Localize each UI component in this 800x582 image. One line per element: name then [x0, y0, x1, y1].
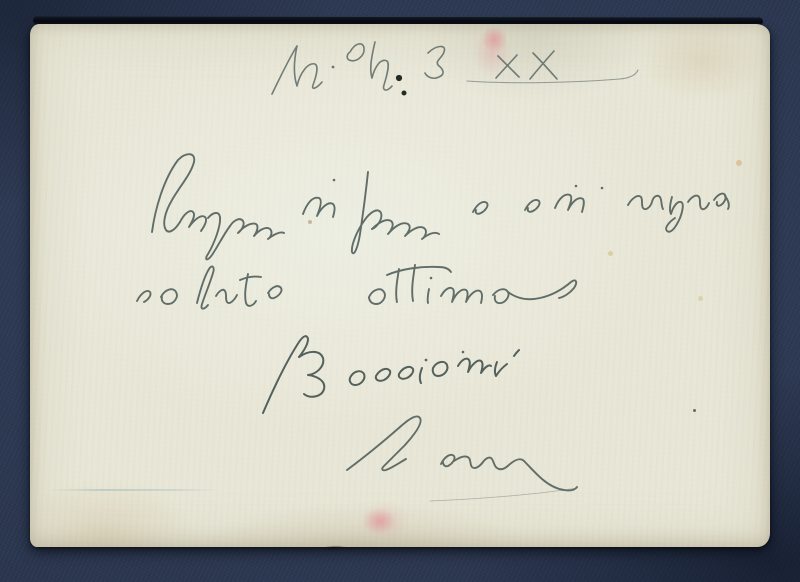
paper-speck [698, 296, 703, 301]
paper-speck [736, 160, 742, 166]
paper-speck [608, 251, 613, 256]
photo-mount: 16. Ph 4: 3 xx Sempre vi penso e vi augu… [0, 0, 800, 582]
message-line-2-transcription: salute ottima [30, 24, 31, 25]
faint-crease-line [50, 489, 220, 491]
paper-speck [308, 220, 312, 224]
flourish-transcription: Rem [30, 24, 31, 25]
bottom-edge-smudge [318, 544, 350, 551]
pink-smudge-top [468, 22, 516, 78]
pink-smudge-bottom [356, 500, 408, 542]
signature-transcription: Boccioni [30, 24, 31, 25]
note-card: 16. Ph 4: 3 xx Sempre vi penso e vi augu… [30, 24, 770, 547]
paper-speck [693, 409, 696, 412]
annotation-transcription: 16. Ph 4: 3 xx [30, 24, 31, 25]
message-line-1-transcription: Sempre vi penso e vi auguro [30, 24, 31, 25]
